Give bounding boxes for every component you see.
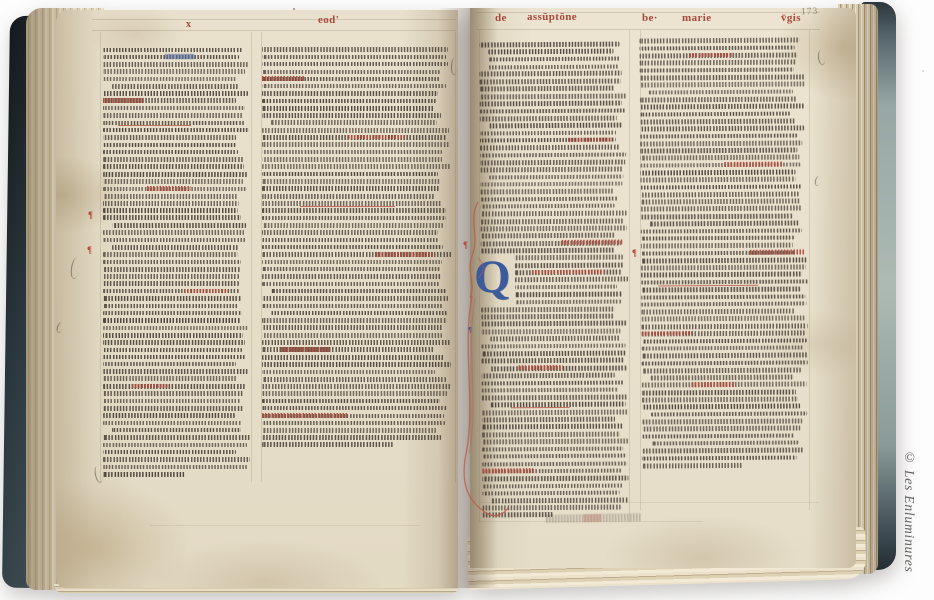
- script-line: [640, 126, 804, 132]
- script-line: [262, 267, 440, 272]
- rubric-underline: [511, 407, 570, 408]
- script-line: [103, 238, 246, 243]
- ruling-line: [455, 32, 456, 482]
- rubric-red-text: [262, 413, 348, 418]
- script-line: [489, 174, 623, 180]
- rubric-red-text: [692, 382, 734, 387]
- script-line: [262, 318, 447, 323]
- script-line: [262, 55, 446, 60]
- script-line: [641, 301, 806, 307]
- script-line: [480, 93, 626, 99]
- script-line: [103, 450, 236, 455]
- script-line: [103, 69, 245, 74]
- script-line: [262, 142, 450, 147]
- script-line: [103, 62, 248, 67]
- script-line: [262, 186, 440, 191]
- script-line: [651, 411, 807, 417]
- script-line: [651, 375, 794, 381]
- running-title-right-word: de: [495, 12, 507, 24]
- script-line: [642, 338, 807, 344]
- script-line: [641, 257, 807, 263]
- script-line: [515, 284, 617, 289]
- script-line: [103, 135, 236, 140]
- script-line: [262, 62, 448, 67]
- script-line: [271, 311, 447, 316]
- rubric-underline: [658, 284, 758, 286]
- script-line: [640, 103, 804, 109]
- folio-number: 173: [801, 7, 819, 18]
- script-line: [103, 413, 235, 418]
- script-line: [103, 113, 243, 118]
- script-line: [262, 282, 440, 287]
- script-line: [262, 260, 442, 265]
- script-line: [262, 370, 435, 375]
- script-line: [642, 455, 796, 461]
- script-line: [640, 45, 795, 51]
- script-line: [262, 435, 441, 440]
- script-line: [271, 120, 437, 125]
- rubric-red-text: [749, 250, 804, 255]
- rubric-underline: [118, 125, 192, 126]
- running-title-right-word: be·: [642, 12, 658, 24]
- script-line: [103, 326, 248, 331]
- script-line: [641, 199, 800, 205]
- ruling-line: [92, 30, 456, 31]
- script-line: [650, 220, 800, 226]
- rubric-underline: [300, 206, 395, 207]
- script-line: [641, 287, 800, 293]
- script-line: [103, 281, 239, 286]
- script-line: [488, 49, 613, 55]
- script-line: [103, 179, 243, 184]
- script-line: [262, 377, 446, 382]
- script-line: [262, 194, 435, 199]
- script-line: [480, 86, 615, 92]
- script-line: [641, 192, 799, 198]
- text-column-right-2: [639, 37, 809, 474]
- rubric-red-text: [132, 384, 169, 389]
- pilcrow-mark: ¶: [632, 248, 637, 258]
- script-line: [640, 82, 805, 88]
- script-line: [262, 172, 438, 177]
- script-line: [642, 352, 808, 358]
- rubric-red-text: [724, 162, 782, 167]
- script-line: [112, 223, 246, 228]
- quire-mark: x: [186, 19, 191, 30]
- script-line: [262, 179, 440, 184]
- rubric-red-text: [642, 331, 692, 336]
- script-line: [262, 362, 451, 367]
- script-line: [262, 47, 448, 52]
- script-line: [103, 333, 243, 338]
- script-line: [641, 214, 793, 220]
- text-column-left-2: [262, 47, 452, 453]
- script-line: [103, 194, 237, 199]
- running-title-right-word: assūptōne: [527, 11, 577, 23]
- script-line: [103, 318, 241, 323]
- script-line: [103, 260, 241, 265]
- script-line: [262, 113, 441, 118]
- script-line: [480, 116, 617, 122]
- script-line: [640, 60, 797, 66]
- script-line: [262, 384, 451, 389]
- script-line: [262, 150, 442, 155]
- script-line: [112, 245, 239, 250]
- script-line: [262, 84, 446, 89]
- pilcrow-mark-blue: ¶: [468, 326, 472, 334]
- script-line: [262, 296, 448, 301]
- script-line: [103, 384, 246, 389]
- script-line: [640, 75, 805, 81]
- script-line: [641, 265, 806, 271]
- running-title-right-word: marie: [682, 12, 711, 24]
- script-line: [480, 71, 622, 77]
- script-line: [642, 426, 800, 432]
- script-line: [480, 159, 625, 165]
- script-line: [112, 428, 241, 433]
- script-line: [262, 164, 451, 169]
- script-line: [262, 325, 442, 330]
- script-line: [103, 215, 241, 220]
- script-line: [480, 189, 614, 195]
- script-line: [103, 369, 248, 374]
- script-line: [642, 433, 794, 439]
- script-line: [640, 133, 797, 139]
- pilcrow-mark: ¶: [88, 210, 93, 220]
- running-title-right-word: v̄gis: [781, 12, 801, 24]
- script-line: [641, 206, 802, 212]
- pilcrow-mark: ¶: [87, 245, 92, 255]
- script-line: [642, 360, 808, 366]
- script-line: [112, 84, 239, 89]
- script-line: [640, 111, 791, 117]
- script-line: [489, 123, 622, 129]
- script-line: [103, 208, 238, 213]
- pilcrow-mark: ¶: [463, 240, 468, 250]
- script-line: [103, 252, 238, 257]
- script-line: [262, 91, 438, 96]
- script-line: [642, 463, 742, 468]
- script-line: [642, 345, 804, 351]
- script-line: [262, 406, 447, 411]
- script-line: [480, 145, 620, 151]
- script-line: [262, 238, 438, 243]
- script-line: [651, 440, 798, 446]
- rubric-red-text: [147, 186, 191, 191]
- script-line: [262, 421, 445, 426]
- script-line: [103, 472, 185, 477]
- rubric-red-text: [690, 53, 732, 58]
- script-line: [641, 272, 802, 278]
- rubric-red-text: [562, 240, 624, 245]
- script-line: [515, 277, 628, 282]
- script-line: [479, 42, 619, 48]
- script-line: [480, 167, 622, 173]
- script-line: [262, 99, 437, 104]
- script-line: [262, 208, 446, 213]
- script-line: [640, 118, 795, 124]
- script-line: [103, 443, 247, 448]
- script-line: [262, 223, 443, 228]
- script-line: [103, 376, 237, 381]
- script-line: [640, 67, 794, 73]
- script-line: [488, 56, 619, 62]
- script-line: [103, 296, 241, 301]
- script-line: [641, 324, 807, 330]
- script-line: [262, 442, 394, 447]
- script-line: [103, 355, 245, 360]
- script-line: [640, 155, 799, 161]
- ruling-line: [100, 32, 101, 482]
- script-line: [262, 230, 438, 235]
- script-line: [103, 304, 238, 309]
- script-line: [515, 299, 621, 304]
- catchword-smudge: [546, 513, 642, 523]
- script-line: [640, 169, 795, 175]
- script-line: [103, 172, 248, 177]
- rubric-red-text: [281, 347, 329, 352]
- rubric-red-text: [348, 135, 405, 140]
- script-line: [103, 150, 238, 155]
- script-line: [262, 274, 442, 279]
- script-line: [640, 148, 797, 154]
- script-line: [103, 465, 248, 470]
- script-line: [103, 157, 244, 162]
- script-line: [103, 274, 239, 279]
- rubric-red-text: [568, 137, 612, 142]
- script-line: [480, 181, 622, 187]
- rubric-red-text: [518, 365, 562, 370]
- script-line: [480, 108, 626, 114]
- ruling-line: [251, 32, 252, 482]
- script-line: [103, 435, 250, 440]
- script-line: [262, 70, 440, 75]
- script-line: [515, 292, 622, 297]
- script-line: [639, 38, 799, 44]
- script-line: [103, 201, 239, 206]
- blue-highlight-word: [165, 54, 194, 59]
- script-line: [641, 235, 794, 241]
- script-line: [262, 157, 442, 162]
- ruling-line: [150, 525, 420, 526]
- script-line: [103, 91, 248, 96]
- script-line: [480, 152, 626, 158]
- script-line: [103, 143, 236, 148]
- script-line: [103, 348, 242, 353]
- script-line: [262, 304, 443, 309]
- ink-speck: [293, 8, 295, 10]
- manuscript-photo: x eod' de assūptōne be· marie v̄gis 173 …: [0, 0, 934, 600]
- script-line: [262, 245, 443, 250]
- rubric-red-text: [376, 252, 433, 257]
- script-line: [262, 106, 434, 111]
- ruling-line: [476, 29, 820, 30]
- script-line: [262, 428, 436, 433]
- book: x eod' de assūptōne be· marie v̄gis 173 …: [0, 0, 934, 600]
- script-line: [649, 89, 793, 95]
- script-line: [103, 106, 245, 111]
- script-line: [642, 404, 800, 410]
- script-line: [262, 399, 440, 404]
- script-line: [640, 140, 802, 146]
- script-line: [103, 311, 242, 316]
- script-line: [103, 399, 240, 404]
- script-line: [492, 498, 629, 504]
- script-line: [642, 396, 798, 402]
- script-line: [262, 216, 446, 221]
- rubric-red-text: [103, 98, 144, 103]
- script-line: [640, 177, 795, 183]
- script-line: [480, 79, 621, 85]
- script-line: [641, 294, 805, 300]
- script-line: [262, 340, 451, 345]
- script-line: [642, 367, 801, 373]
- script-line: [103, 267, 240, 272]
- script-line: [640, 97, 797, 103]
- script-line: [103, 391, 243, 396]
- script-line: [103, 421, 242, 426]
- script-line: [641, 309, 795, 315]
- ink-speck: [922, 70, 924, 72]
- script-line: [642, 389, 796, 395]
- photo-credit: © Les Enluminures: [901, 450, 917, 573]
- script-line: [103, 48, 242, 53]
- script-line: [262, 128, 449, 133]
- script-line: [488, 64, 618, 70]
- script-line: [515, 255, 623, 260]
- script-line: [103, 340, 245, 345]
- script-line: [480, 130, 616, 136]
- script-line: [103, 362, 236, 367]
- script-line: [641, 228, 802, 234]
- rubric-red-text: [532, 269, 606, 274]
- rubric-red-text: [262, 76, 304, 81]
- text-column-left-1: [103, 47, 250, 483]
- script-line: [641, 316, 804, 322]
- script-line: [103, 230, 244, 235]
- script-line: [641, 184, 802, 190]
- script-line: [642, 419, 802, 425]
- script-line: [103, 77, 236, 82]
- script-line: [262, 355, 445, 360]
- script-line: [262, 333, 442, 338]
- script-line: [480, 101, 622, 107]
- script-line: [103, 164, 244, 169]
- running-title-left: eod': [318, 14, 339, 26]
- script-line: [103, 457, 250, 462]
- script-line: [642, 448, 803, 454]
- script-line: [641, 243, 793, 249]
- ruling-line: [92, 19, 456, 20]
- script-line: [515, 263, 624, 268]
- script-line: [103, 406, 243, 411]
- script-line: [271, 289, 446, 294]
- rubric-red-text: [184, 289, 228, 294]
- script-line: [103, 128, 249, 133]
- script-line: [262, 391, 447, 396]
